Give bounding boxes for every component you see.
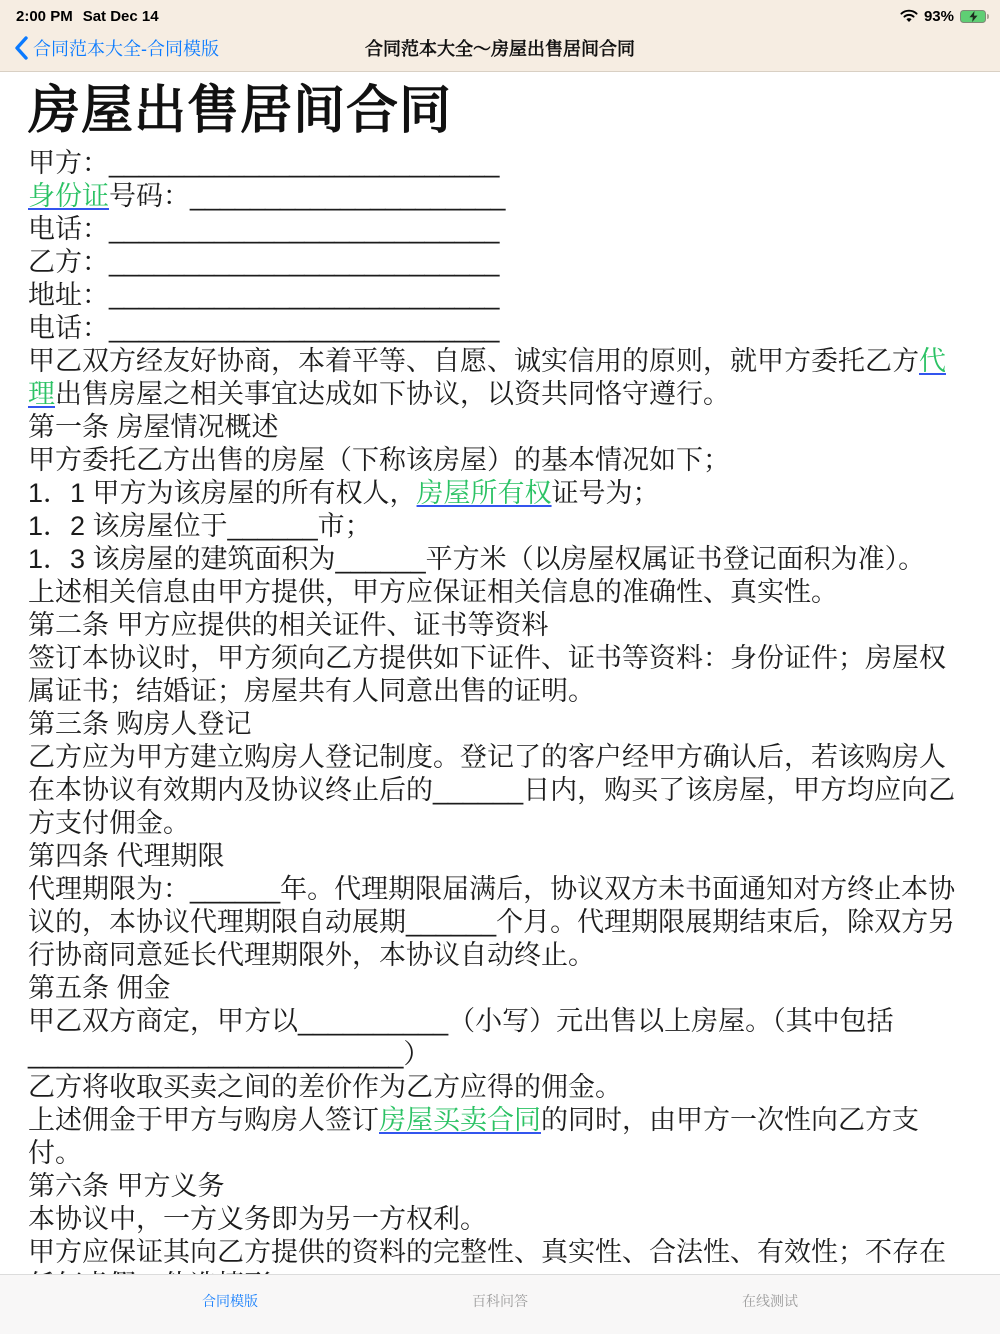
paragraph: 代理期限为：______年。代理期限届满后，协议双方未书面通知对方终止本协议的，… [28, 873, 972, 972]
status-date: Sat Dec 14 [83, 8, 159, 25]
paragraph: 第六条 甲方义务 [28, 1170, 972, 1203]
status-bar: 2:00 PM Sat Dec 14 93% [0, 0, 1000, 26]
paragraph: 甲乙双方经友好协商，本着平等、自愿、诚实信用的原则，就甲方委托乙方代理出售房屋之… [28, 345, 972, 411]
text-run: 1．3 该房屋的建筑面积为______平方米（以房屋权属证书登记面积为准）。 [28, 544, 925, 574]
status-left: 2:00 PM Sat Dec 14 [16, 8, 159, 25]
paragraph: 甲方委托乙方出售的房屋（下称该房屋）的基本情况如下； [28, 444, 972, 477]
paragraph: 上述相关信息由甲方提供，甲方应保证相关信息的准确性、真实性。 [28, 576, 972, 609]
text-run: 上述佣金于甲方与购房人签订 [28, 1105, 379, 1135]
text-run: 乙方将收取买卖之间的差价作为乙方应得的佣金。 [28, 1072, 622, 1102]
text-run: 甲方：__________________________ [28, 148, 499, 178]
text-run: 甲方应保证其向乙方提供的资料的完整性、真实性、合法性、有效性；不存在任何虚假、伪… [28, 1237, 946, 1274]
text-run: 第二条 甲方应提供的相关证件、证书等资料 [28, 610, 549, 640]
text-run: 甲乙双方商定，甲方以__________（小写）元出售以上房屋。（其中包括___… [28, 1006, 894, 1069]
text-run: 第五条 佣金 [28, 973, 171, 1003]
paragraph: 第三条 购房人登记 [28, 708, 972, 741]
tab-contract-templates[interactable]: 合同模版 [95, 1275, 365, 1334]
tab-label: 合同模版 [202, 1291, 258, 1311]
paragraph: 乙方应为甲方建立购房人登记制度。登记了的客户经甲方确认后，若该购房人在本协议有效… [28, 741, 972, 840]
text-run: 1．2 该房屋位于______市； [28, 511, 372, 541]
paragraph: 第四条 代理期限 [28, 840, 972, 873]
back-button-label: 合同范本大全-合同模版 [33, 35, 219, 61]
status-time: 2:00 PM [16, 8, 73, 25]
text-run: 第一条 房屋情况概述 [28, 412, 279, 442]
status-right: 93% [900, 8, 986, 25]
paragraph: 乙方将收取买卖之间的差价作为乙方应得的佣金。 [28, 1071, 972, 1104]
paragraph: 本协议中，一方义务即为另一方权利。 [28, 1203, 972, 1236]
green-term-link[interactable]: 房屋买卖合同 [379, 1105, 541, 1135]
text-run: 第六条 甲方义务 [28, 1171, 225, 1201]
text-run: 甲方委托乙方出售的房屋（下称该房屋）的基本情况如下； [28, 445, 730, 475]
paragraph: 电话：__________________________ [28, 213, 972, 246]
paragraph: 第一条 房屋情况概述 [28, 411, 972, 444]
text-run: 代理期限为：______年。代理期限届满后，协议双方未书面通知对方终止本协议的，… [28, 874, 955, 970]
tab-encyclopedia-qa[interactable]: 百科问答 [365, 1275, 635, 1334]
tab-bar: 合同模版 百科问答 在线测试 [0, 1274, 1000, 1334]
paragraph: 1．3 该房屋的建筑面积为______平方米（以房屋权属证书登记面积为准）。 [28, 543, 972, 576]
top-bar: 2:00 PM Sat Dec 14 93% [0, 0, 1000, 72]
document-body: 甲方：__________________________身份证号码：_____… [28, 147, 972, 1274]
back-button[interactable]: 合同范本大全-合同模版 [14, 35, 219, 61]
paragraph: 第二条 甲方应提供的相关证件、证书等资料 [28, 609, 972, 642]
paragraph: 甲乙双方商定，甲方以__________（小写）元出售以上房屋。（其中包括___… [28, 1005, 972, 1071]
text-run: 证号为； [552, 478, 660, 508]
battery-charging-icon [960, 10, 986, 23]
paragraph: 身份证号码：_____________________ [28, 180, 972, 213]
paragraph: 签订本协议时，甲方须向乙方提供如下证件、证书等资料：身份证件；房屋权属证书；结婚… [28, 642, 972, 708]
paragraph: 甲方：__________________________ [28, 147, 972, 180]
tab-online-test[interactable]: 在线测试 [635, 1275, 905, 1334]
text-run: 签订本协议时，甲方须向乙方提供如下证件、证书等资料：身份证件；房屋权属证书；结婚… [28, 643, 946, 706]
document-view: 房屋出售居间合同 甲方：__________________________身份… [0, 73, 1000, 1274]
text-run: 上述相关信息由甲方提供，甲方应保证相关信息的准确性、真实性。 [28, 577, 838, 607]
paragraph: 1．2 该房屋位于______市； [28, 510, 972, 543]
text-run: 出售房屋之相关事宜达成如下协议，以资共同恪守遵行。 [55, 379, 730, 409]
paragraph: 乙方：__________________________ [28, 246, 972, 279]
paragraph: 甲方应保证其向乙方提供的资料的完整性、真实性、合法性、有效性；不存在任何虚假、伪… [28, 1236, 972, 1274]
text-run: 第四条 代理期限 [28, 841, 225, 871]
text-run: 乙方应为甲方建立购房人登记制度。登记了的客户经甲方确认后，若该购房人在本协议有效… [28, 742, 955, 838]
text-run: 电话：__________________________ [28, 313, 499, 343]
paragraph: 地址：__________________________ [28, 279, 972, 312]
text-run: 电话：__________________________ [28, 214, 499, 244]
text-run: 地址：__________________________ [28, 280, 499, 310]
paragraph: 电话：__________________________ [28, 312, 972, 345]
text-run: 号码：_____________________ [109, 181, 505, 211]
text-run: 本协议中，一方义务即为另一方权利。 [28, 1204, 487, 1234]
text-run: 第三条 购房人登记 [28, 709, 252, 739]
battery-percent: 93% [924, 8, 954, 25]
paragraph: 1．1 甲方为该房屋的所有权人，房屋所有权证号为； [28, 477, 972, 510]
text-run: 甲乙双方经友好协商，本着平等、自愿、诚实信用的原则，就甲方委托乙方 [28, 346, 919, 376]
paragraph: 第五条 佣金 [28, 972, 972, 1005]
green-term-link[interactable]: 身份证 [28, 181, 109, 211]
tab-label: 百科问答 [472, 1291, 528, 1311]
navigation-bar: 合同范本大全-合同模版 合同范本大全～房屋出售居间合同 [0, 26, 1000, 70]
text-run: 乙方：__________________________ [28, 247, 499, 277]
wifi-icon [900, 9, 918, 23]
paragraph: 上述佣金于甲方与购房人签订房屋买卖合同的同时，由甲方一次性向乙方支付。 [28, 1104, 972, 1170]
text-run: 1．1 甲方为该房屋的所有权人， [28, 478, 417, 508]
back-chevron-icon [14, 36, 28, 60]
app-screen: 2:00 PM Sat Dec 14 93% [0, 0, 1000, 1334]
tab-label: 在线测试 [742, 1291, 798, 1311]
green-term-link[interactable]: 房屋所有权 [417, 478, 552, 508]
document-title: 房屋出售居间合同 [28, 81, 972, 141]
